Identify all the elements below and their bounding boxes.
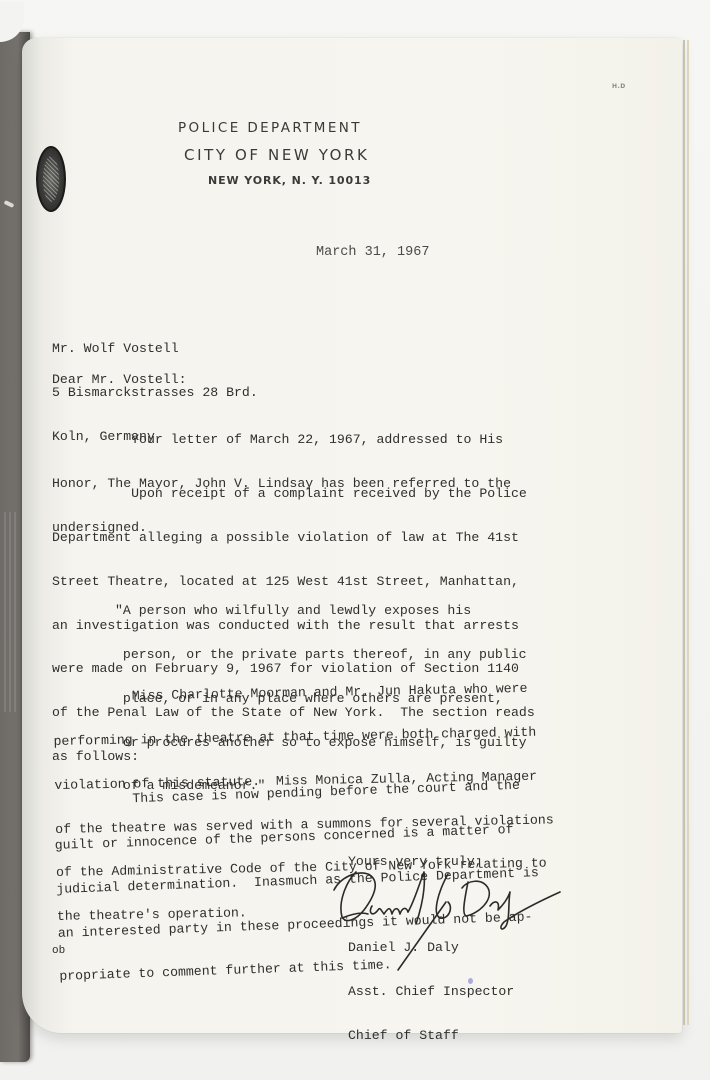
recipient-line: 5 Bismarckstrasses 28 Brd.: [52, 386, 258, 401]
text-line: This case is now pending before the cour…: [53, 778, 536, 809]
cover-highlight: [4, 200, 15, 208]
text-line: Your letter of March 22, 1967, addressed…: [52, 433, 511, 448]
city-seal-icon: [36, 146, 66, 212]
page-edge: [687, 40, 689, 1025]
letter-date: March 31, 1967: [316, 246, 429, 261]
text-line: Upon receipt of a complaint received by …: [52, 487, 535, 502]
text-line: performing in the theatre at that time w…: [53, 725, 552, 749]
signer-block: Daniel J. Daly Asst. Chief Inspector Chi…: [348, 912, 514, 1073]
page-corner-mark: H.D: [612, 83, 626, 90]
text-line: "A person who wilfully and lewdly expose…: [115, 604, 527, 619]
salutation: Dear Mr. Vostell:: [52, 373, 187, 388]
recipient-line: Mr. Wolf Vostell: [52, 342, 258, 357]
book-photo: H.D POLICE DEPARTMENT CITY OF NEW YORK N…: [0, 0, 710, 1080]
signer-title: Asst. Chief Inspector: [348, 985, 514, 1000]
letterhead-department: POLICE DEPARTMENT: [178, 120, 362, 136]
letterhead-city: CITY OF NEW YORK: [184, 146, 370, 164]
page-edge: [683, 40, 685, 1025]
text-line: judicial determination. Inasmuch as the …: [56, 866, 539, 897]
ink-spot: [468, 978, 473, 984]
signer-title: Chief of Staff: [348, 1029, 514, 1044]
closing: Yours very truly,: [348, 855, 483, 870]
text-line: guilt or innocence of the persons concer…: [55, 822, 538, 853]
signer-name: Daniel J. Daly: [348, 941, 514, 956]
text-line: Department alleging a possible violation…: [52, 531, 535, 546]
text-line: Miss Charlotte Moorman and Mr. Jun Hakut…: [53, 682, 552, 706]
typist-initials: ob: [52, 944, 65, 959]
cover-texture: [4, 512, 18, 712]
letterhead-address: NEW YORK, N. Y. 10013: [208, 174, 371, 187]
